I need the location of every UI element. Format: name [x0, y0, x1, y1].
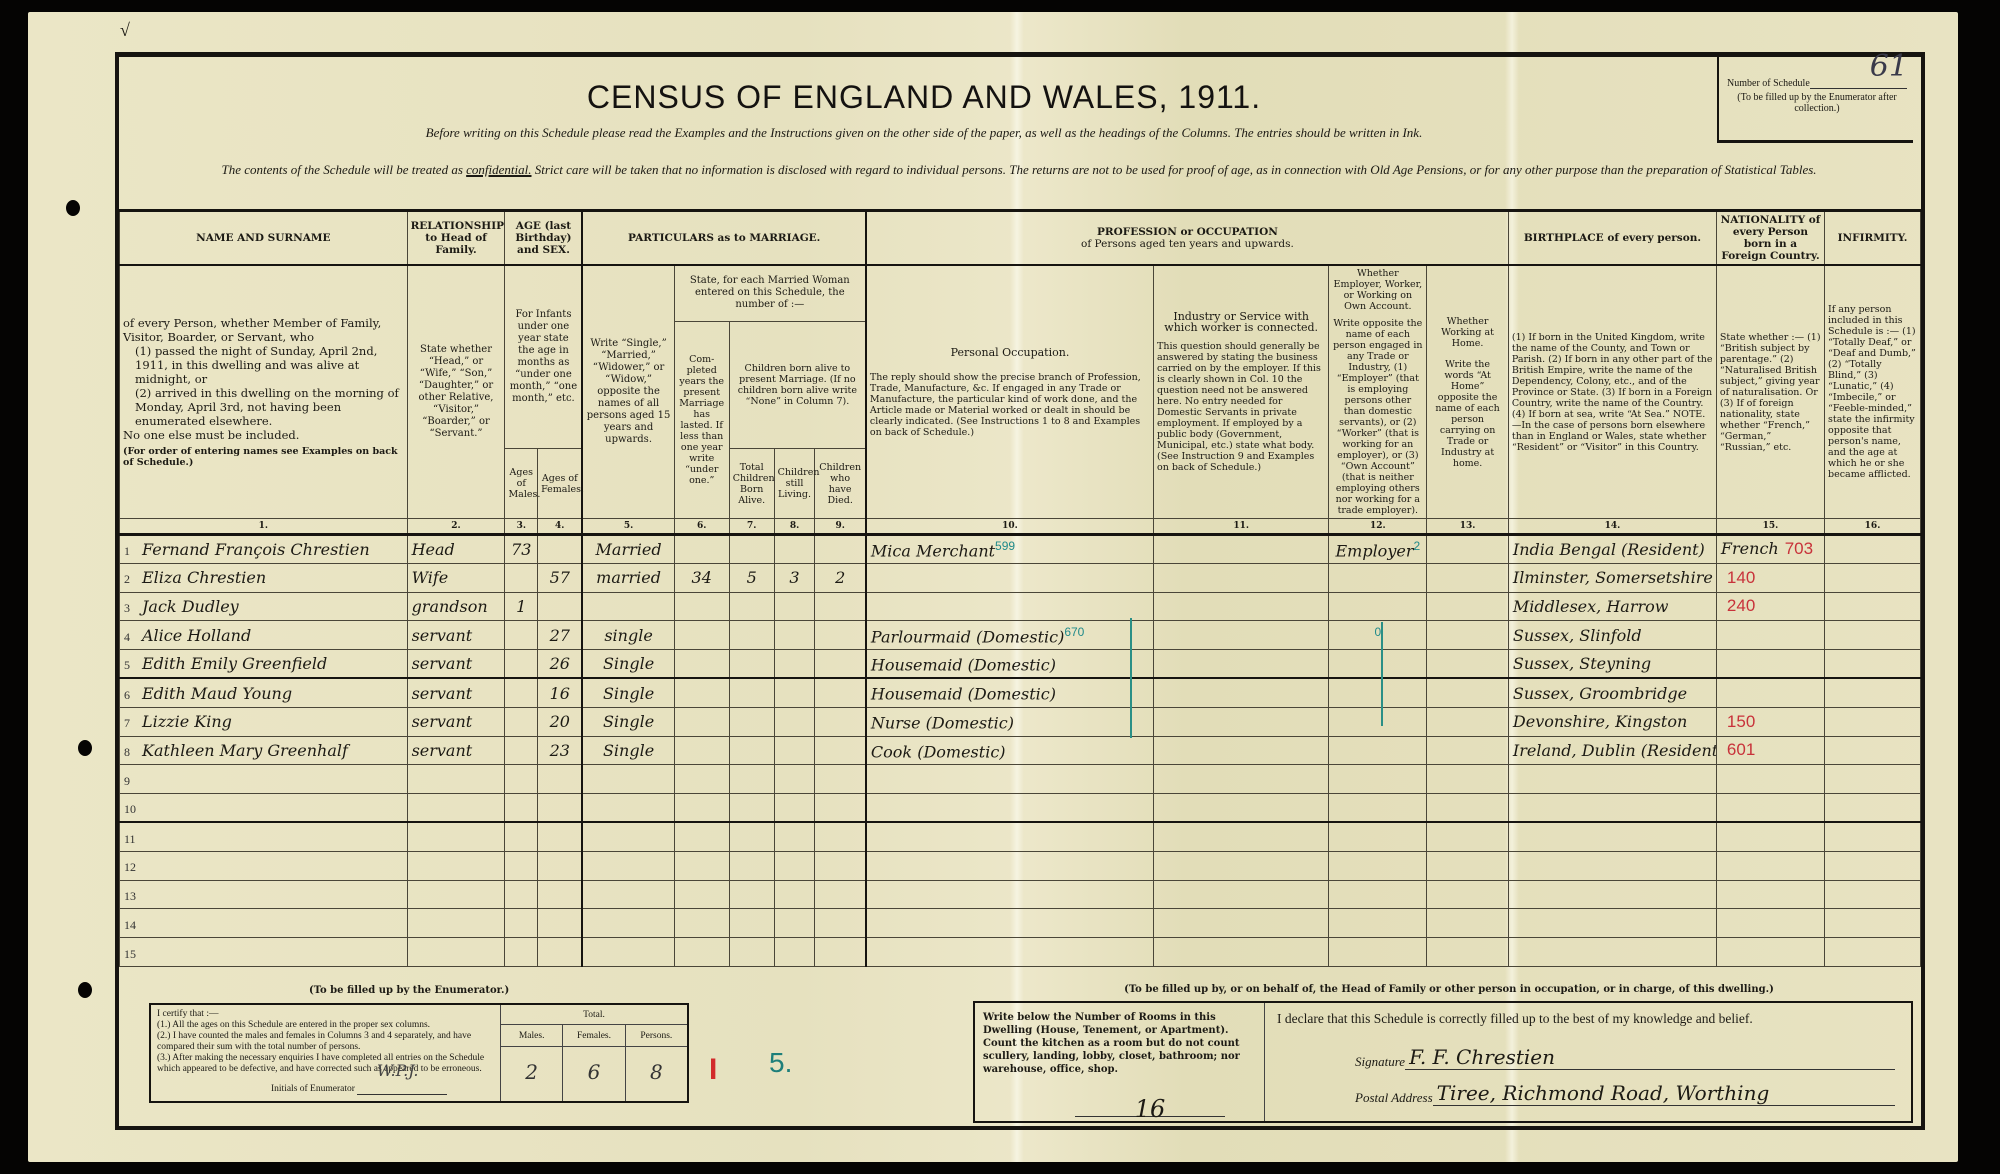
- entry-age-male[interactable]: 1: [505, 592, 538, 621]
- entry-age-female[interactable]: [538, 592, 583, 621]
- entry-occupation[interactable]: [866, 909, 1154, 938]
- entry-occupation[interactable]: Parlourmaid (Domestic)670: [866, 621, 1154, 650]
- postal-address-field[interactable]: Tiree, Richmond Road, Worthing: [1433, 1081, 1895, 1106]
- entry-employer-status[interactable]: [1329, 909, 1427, 938]
- entry-children-living[interactable]: [774, 736, 815, 765]
- entry-infirmity[interactable]: [1825, 880, 1921, 909]
- entry-age-female[interactable]: 23: [538, 736, 583, 765]
- table-row-empty: 11: [120, 822, 1921, 851]
- entry-industry[interactable]: [1153, 938, 1328, 967]
- entry-years-married[interactable]: [674, 880, 729, 909]
- entry-birthplace[interactable]: Middlesex, Harrow: [1508, 592, 1716, 621]
- entry-children-died[interactable]: [815, 592, 866, 621]
- entry-children-died[interactable]: [815, 822, 866, 851]
- entry-nationality[interactable]: [1716, 621, 1824, 650]
- entry-relationship[interactable]: [407, 822, 505, 851]
- entry-age-male[interactable]: [505, 822, 538, 851]
- entry-children-living[interactable]: [774, 650, 815, 679]
- entry-industry[interactable]: [1153, 822, 1328, 851]
- infirmity-description: If any person included in this Schedule …: [1825, 265, 1921, 519]
- entry-birthplace[interactable]: Ilminster, Somersetshire: [1508, 563, 1716, 592]
- entry-name[interactable]: 10: [120, 794, 408, 823]
- entry-occupation[interactable]: [866, 563, 1154, 592]
- entry-nationality[interactable]: [1716, 678, 1824, 707]
- entry-age-female[interactable]: 26: [538, 650, 583, 679]
- header-birthplace: BIRTHPLACE of every person.: [1508, 211, 1716, 266]
- entry-employer-status[interactable]: [1329, 851, 1427, 880]
- entry-nationality[interactable]: [1716, 650, 1824, 679]
- entry-infirmity[interactable]: [1825, 822, 1921, 851]
- entry-infirmity[interactable]: [1825, 621, 1921, 650]
- total-males[interactable]: 2: [501, 1047, 562, 1101]
- entry-employer-status[interactable]: [1329, 678, 1427, 707]
- entry-age-female[interactable]: [538, 794, 583, 823]
- entry-working-at-home[interactable]: [1427, 592, 1509, 621]
- entry-children-born[interactable]: [729, 621, 774, 650]
- entry-children-living[interactable]: [774, 765, 815, 794]
- entry-employer-status[interactable]: [1329, 650, 1427, 679]
- row-number: 3: [124, 601, 142, 616]
- entry-industry[interactable]: [1153, 621, 1328, 650]
- nationality-description: State whether :— (1) “British subject by…: [1716, 265, 1824, 519]
- children-died-header: Children who have Died.: [815, 449, 866, 519]
- entry-relationship[interactable]: [407, 909, 505, 938]
- entry-condition[interactable]: married: [582, 563, 674, 592]
- entry-name[interactable]: 6Edith Maud Young: [120, 678, 408, 707]
- entry-working-at-home[interactable]: [1427, 621, 1509, 650]
- entry-occupation[interactable]: [866, 822, 1154, 851]
- entry-industry[interactable]: [1153, 909, 1328, 938]
- entry-age-female[interactable]: [538, 880, 583, 909]
- entry-children-died[interactable]: [815, 678, 866, 707]
- entry-children-born[interactable]: [729, 851, 774, 880]
- entry-relationship[interactable]: servant: [407, 621, 505, 650]
- header-profession: PROFESSION or OCCUPATIONof Persons aged …: [866, 211, 1508, 266]
- entry-children-living[interactable]: [774, 794, 815, 823]
- entry-employer-status[interactable]: Employer2: [1329, 535, 1427, 564]
- entry-occupation[interactable]: [866, 880, 1154, 909]
- header-age: AGE (last Birthday) and SEX.: [505, 211, 582, 266]
- entry-name[interactable]: 2Eliza Chrestien: [120, 563, 408, 592]
- entry-age-male[interactable]: [505, 851, 538, 880]
- entry-occupation[interactable]: [866, 592, 1154, 621]
- table-row-empty: 13: [120, 880, 1921, 909]
- entry-children-living[interactable]: 3: [774, 563, 815, 592]
- teal-annotation-mark: 5.: [769, 1047, 792, 1079]
- entry-condition[interactable]: [582, 880, 674, 909]
- occupation-description: Personal Occupation.The reply should sho…: [866, 265, 1154, 519]
- entry-birthplace[interactable]: Sussex, Groombridge: [1508, 678, 1716, 707]
- entry-children-living[interactable]: [774, 880, 815, 909]
- entry-working-at-home[interactable]: [1427, 707, 1509, 736]
- entry-condition[interactable]: [582, 938, 674, 967]
- entry-infirmity[interactable]: [1825, 909, 1921, 938]
- entry-years-married[interactable]: [674, 736, 729, 765]
- entry-name[interactable]: 8Kathleen Mary Greenhalf: [120, 736, 408, 765]
- entry-industry[interactable]: [1153, 736, 1328, 765]
- entry-employer-status[interactable]: [1329, 592, 1427, 621]
- entry-working-at-home[interactable]: [1427, 938, 1509, 967]
- entry-children-born[interactable]: [729, 592, 774, 621]
- entry-age-male[interactable]: 73: [505, 535, 538, 564]
- entry-age-male[interactable]: [505, 678, 538, 707]
- entry-children-died[interactable]: [815, 736, 866, 765]
- entry-condition[interactable]: Single: [582, 650, 674, 679]
- condition-description: Write “Single,” “Married,” “Widower,” or…: [582, 265, 674, 519]
- entry-working-at-home[interactable]: [1427, 650, 1509, 679]
- children-description: Children born alive to present Marriage.…: [729, 321, 866, 449]
- entry-infirmity[interactable]: [1825, 794, 1921, 823]
- entry-nationality[interactable]: [1716, 794, 1824, 823]
- schedule-number-label: Number of Schedule: [1727, 78, 1810, 89]
- header-infirmity: INFIRMITY.: [1825, 211, 1921, 266]
- entry-occupation[interactable]: Housemaid (Domestic): [866, 650, 1154, 679]
- entry-nationality[interactable]: [1716, 880, 1824, 909]
- entry-children-died[interactable]: [815, 765, 866, 794]
- employer-description: Whether Employer, Worker, or Working on …: [1329, 265, 1427, 519]
- entry-occupation[interactable]: [866, 938, 1154, 967]
- entry-condition[interactable]: single: [582, 621, 674, 650]
- entry-birthplace[interactable]: [1508, 938, 1716, 967]
- entry-condition[interactable]: [582, 765, 674, 794]
- entry-industry[interactable]: [1153, 678, 1328, 707]
- entry-age-female[interactable]: 57: [538, 563, 583, 592]
- entry-name[interactable]: 14: [120, 909, 408, 938]
- entry-children-born[interactable]: 5: [729, 563, 774, 592]
- entry-birthplace[interactable]: [1508, 765, 1716, 794]
- entry-age-female[interactable]: [538, 765, 583, 794]
- entry-infirmity[interactable]: [1825, 707, 1921, 736]
- entry-children-born[interactable]: [729, 765, 774, 794]
- entry-nationality[interactable]: French703: [1716, 535, 1824, 564]
- entry-industry[interactable]: [1153, 563, 1328, 592]
- entry-birthplace[interactable]: Ireland, Dublin (Resident): [1508, 736, 1716, 765]
- years-married-description: Com-pleted years the present Marriage ha…: [674, 321, 729, 519]
- table-row: 3Jack Dudleygrandson1Middlesex, Harrow24…: [120, 592, 1921, 621]
- entry-industry[interactable]: [1153, 535, 1328, 564]
- entry-years-married[interactable]: [674, 938, 729, 967]
- entry-children-died[interactable]: [815, 621, 866, 650]
- entry-children-born[interactable]: [729, 678, 774, 707]
- header-marriage: PARTICULARS as to MARRIAGE.: [582, 211, 865, 266]
- table-row: 4Alice Hollandservant27singleParlourmaid…: [120, 621, 1921, 650]
- entry-age-female[interactable]: [538, 851, 583, 880]
- schedule-number-box: Number of Schedule 61 (To be filled up b…: [1717, 55, 1913, 143]
- entry-age-male[interactable]: [505, 650, 538, 679]
- entry-birthplace[interactable]: [1508, 794, 1716, 823]
- entry-occupation[interactable]: [866, 851, 1154, 880]
- name-description: of every Person, whether Member of Famil…: [120, 265, 408, 519]
- entry-children-born[interactable]: [729, 909, 774, 938]
- table-row: 7Lizzie Kingservant20SingleNurse (Domest…: [120, 707, 1921, 736]
- entry-condition[interactable]: [582, 822, 674, 851]
- entry-children-died[interactable]: [815, 707, 866, 736]
- entry-years-married[interactable]: [674, 765, 729, 794]
- entry-employer-status[interactable]: [1329, 794, 1427, 823]
- entry-industry[interactable]: [1153, 765, 1328, 794]
- age-description: For Infants under one year state the age…: [505, 265, 582, 449]
- entry-children-born[interactable]: [729, 880, 774, 909]
- red-annotation-mark: I: [709, 1053, 717, 1087]
- entry-birthplace[interactable]: Devonshire, Kingston: [1508, 707, 1716, 736]
- entry-relationship[interactable]: [407, 880, 505, 909]
- entry-name[interactable]: 15: [120, 938, 408, 967]
- entry-relationship[interactable]: Head: [407, 535, 505, 564]
- entry-infirmity[interactable]: [1825, 535, 1921, 564]
- entry-years-married[interactable]: [674, 822, 729, 851]
- entry-employer-status[interactable]: [1329, 765, 1427, 794]
- entry-age-female[interactable]: [538, 535, 583, 564]
- entry-occupation[interactable]: Nurse (Domestic): [866, 707, 1154, 736]
- entry-children-died[interactable]: [815, 880, 866, 909]
- header-nationality: NATIONALITY of every Person born in a Fo…: [1716, 211, 1824, 266]
- entry-infirmity[interactable]: [1825, 765, 1921, 794]
- entry-nationality[interactable]: 140: [1716, 563, 1824, 592]
- entry-years-married[interactable]: [674, 851, 729, 880]
- entry-occupation[interactable]: Cook (Domestic): [866, 736, 1154, 765]
- header-name: NAME AND SURNAME: [120, 211, 408, 266]
- entry-name[interactable]: 3Jack Dudley: [120, 592, 408, 621]
- entry-relationship[interactable]: servant: [407, 707, 505, 736]
- entry-occupation[interactable]: Housemaid (Domestic): [866, 678, 1154, 707]
- entry-name[interactable]: 9: [120, 765, 408, 794]
- entry-condition[interactable]: Single: [582, 678, 674, 707]
- entry-employer-status[interactable]: [1329, 938, 1427, 967]
- entry-relationship[interactable]: grandson: [407, 592, 505, 621]
- entry-age-male[interactable]: [505, 909, 538, 938]
- head-of-family-label: (To be filled up by, or on behalf of, th…: [979, 984, 1919, 995]
- entry-years-married[interactable]: 34: [674, 563, 729, 592]
- total-females[interactable]: 6: [563, 1047, 624, 1101]
- schedule-number-value[interactable]: 61: [1870, 49, 1908, 84]
- entry-nationality[interactable]: [1716, 851, 1824, 880]
- entry-occupation[interactable]: [866, 794, 1154, 823]
- entry-industry[interactable]: [1153, 707, 1328, 736]
- entry-infirmity[interactable]: [1825, 938, 1921, 967]
- entry-years-married[interactable]: [674, 909, 729, 938]
- entry-birthplace[interactable]: Sussex, Slinfold: [1508, 621, 1716, 650]
- entry-infirmity[interactable]: [1825, 851, 1921, 880]
- entry-children-born[interactable]: [729, 822, 774, 851]
- entry-employer-status[interactable]: [1329, 736, 1427, 765]
- entry-children-living[interactable]: [774, 909, 815, 938]
- entry-nationality[interactable]: 150: [1716, 707, 1824, 736]
- row-number: 4: [124, 630, 142, 645]
- entry-condition[interactable]: [582, 794, 674, 823]
- enumerator-initials[interactable]: W.P.J.: [377, 1065, 419, 1076]
- entry-occupation[interactable]: [866, 765, 1154, 794]
- entry-infirmity[interactable]: [1825, 592, 1921, 621]
- entry-name[interactable]: 1Fernand François Chrestien: [120, 535, 408, 564]
- employer-code: 2: [1413, 539, 1420, 553]
- entry-birthplace[interactable]: [1508, 851, 1716, 880]
- teal-ditto-line: [1381, 622, 1383, 726]
- entry-relationship[interactable]: [407, 765, 505, 794]
- row-number: 8: [124, 745, 142, 760]
- entry-children-born[interactable]: [729, 938, 774, 967]
- entry-children-born[interactable]: [729, 535, 774, 564]
- entry-infirmity[interactable]: [1825, 650, 1921, 679]
- table-row-empty: 14: [120, 909, 1921, 938]
- entry-children-living[interactable]: [774, 707, 815, 736]
- entry-working-at-home[interactable]: [1427, 563, 1509, 592]
- entry-nationality[interactable]: 240: [1716, 592, 1824, 621]
- entry-children-died[interactable]: [815, 851, 866, 880]
- entry-nationality[interactable]: [1716, 765, 1824, 794]
- entry-condition[interactable]: Single: [582, 707, 674, 736]
- entry-nationality[interactable]: [1716, 938, 1824, 967]
- entry-birthplace[interactable]: [1508, 909, 1716, 938]
- entry-birthplace[interactable]: [1508, 822, 1716, 851]
- entry-years-married[interactable]: [674, 678, 729, 707]
- entry-working-at-home[interactable]: [1427, 535, 1509, 564]
- entry-children-died[interactable]: [815, 794, 866, 823]
- entry-age-male[interactable]: [505, 736, 538, 765]
- birthplace-code: 703: [1785, 539, 1813, 558]
- entry-children-born[interactable]: [729, 736, 774, 765]
- entry-children-died[interactable]: 2: [815, 563, 866, 592]
- entry-years-married[interactable]: [674, 650, 729, 679]
- occupation-code: 670: [1064, 625, 1084, 639]
- entry-years-married[interactable]: [674, 707, 729, 736]
- entry-children-died[interactable]: [815, 650, 866, 679]
- entry-children-born[interactable]: [729, 794, 774, 823]
- table-row: 8Kathleen Mary Greenhalfservant23SingleC…: [120, 736, 1921, 765]
- entry-relationship[interactable]: servant: [407, 736, 505, 765]
- entry-name[interactable]: 7Lizzie King: [120, 707, 408, 736]
- row-number: 2: [124, 572, 142, 587]
- entry-name[interactable]: 11: [120, 822, 408, 851]
- entry-children-born[interactable]: [729, 707, 774, 736]
- entry-age-male[interactable]: [505, 707, 538, 736]
- entry-industry[interactable]: [1153, 794, 1328, 823]
- entry-infirmity[interactable]: [1825, 736, 1921, 765]
- entry-children-living[interactable]: [774, 535, 815, 564]
- entry-working-at-home[interactable]: [1427, 822, 1509, 851]
- entry-children-living[interactable]: [774, 621, 815, 650]
- confidential-word: confidential.: [466, 162, 531, 177]
- entry-nationality[interactable]: [1716, 909, 1824, 938]
- entry-years-married[interactable]: [674, 535, 729, 564]
- entry-age-male[interactable]: [505, 563, 538, 592]
- entry-age-female[interactable]: 20: [538, 707, 583, 736]
- entry-employer-status[interactable]: [1329, 880, 1427, 909]
- entry-infirmity[interactable]: [1825, 563, 1921, 592]
- entry-condition[interactable]: [582, 909, 674, 938]
- birthplace-code: 150: [1727, 712, 1755, 731]
- census-entries: 1Fernand François ChrestienHead73Married…: [120, 535, 1921, 967]
- entry-relationship[interactable]: servant: [407, 650, 505, 679]
- row-number: 1: [124, 544, 142, 559]
- entry-years-married[interactable]: [674, 592, 729, 621]
- confidentiality-notice: The contents of the Schedule will be tre…: [119, 160, 1919, 180]
- rooms-count[interactable]: 16: [1075, 1103, 1225, 1117]
- entry-children-living[interactable]: [774, 851, 815, 880]
- entry-working-at-home[interactable]: [1427, 736, 1509, 765]
- entry-condition[interactable]: Single: [582, 736, 674, 765]
- entry-relationship[interactable]: servant: [407, 678, 505, 707]
- entry-industry[interactable]: [1153, 851, 1328, 880]
- row-number: 6: [124, 688, 142, 703]
- entry-age-female[interactable]: [538, 938, 583, 967]
- entry-age-male[interactable]: [505, 938, 538, 967]
- punch-hole: [78, 740, 92, 756]
- row-number: 13: [124, 889, 136, 903]
- entry-children-living[interactable]: [774, 938, 815, 967]
- entry-age-male[interactable]: [505, 794, 538, 823]
- entry-children-living[interactable]: [774, 822, 815, 851]
- entry-industry[interactable]: [1153, 880, 1328, 909]
- entry-nationality[interactable]: [1716, 822, 1824, 851]
- entry-name[interactable]: 5Edith Emily Greenfield: [120, 650, 408, 679]
- entry-employer-status[interactable]: [1329, 563, 1427, 592]
- teal-ditto-line: [1130, 618, 1132, 738]
- entry-children-died[interactable]: [815, 909, 866, 938]
- entry-working-at-home[interactable]: [1427, 678, 1509, 707]
- entry-birthplace[interactable]: Sussex, Steyning: [1508, 650, 1716, 679]
- entry-age-female[interactable]: 27: [538, 621, 583, 650]
- entry-relationship[interactable]: [407, 938, 505, 967]
- entry-age-female[interactable]: [538, 822, 583, 851]
- schedule-number-note: (To be filled up by the Enumerator after…: [1727, 92, 1907, 114]
- entry-employer-status[interactable]: [1329, 822, 1427, 851]
- entry-working-at-home[interactable]: [1427, 794, 1509, 823]
- entry-birthplace[interactable]: India Bengal (Resident): [1508, 535, 1716, 564]
- entry-age-male[interactable]: [505, 765, 538, 794]
- entry-children-living[interactable]: [774, 592, 815, 621]
- entry-age-female[interactable]: 16: [538, 678, 583, 707]
- entry-working-at-home[interactable]: [1427, 765, 1509, 794]
- entry-employer-status[interactable]: [1329, 707, 1427, 736]
- entry-industry[interactable]: [1153, 650, 1328, 679]
- entry-relationship[interactable]: [407, 794, 505, 823]
- row-number: 10: [124, 802, 136, 816]
- totals-table: Total. Males.2 Females.6 Persons.8: [501, 1005, 687, 1101]
- entry-working-at-home[interactable]: [1427, 909, 1509, 938]
- entry-relationship[interactable]: Wife: [407, 563, 505, 592]
- entry-nationality[interactable]: 601: [1716, 736, 1824, 765]
- entry-children-living[interactable]: [774, 678, 815, 707]
- entry-name[interactable]: 12: [120, 851, 408, 880]
- table-row: 2Eliza ChrestienWife57married34532Ilmins…: [120, 563, 1921, 592]
- entry-name[interactable]: 4Alice Holland: [120, 621, 408, 650]
- birthplace-code: 601: [1727, 740, 1755, 759]
- signature-field[interactable]: F. F. Chrestien: [1405, 1045, 1895, 1070]
- entry-condition[interactable]: Married: [582, 535, 674, 564]
- entry-name[interactable]: 13: [120, 880, 408, 909]
- entry-years-married[interactable]: [674, 794, 729, 823]
- entry-occupation[interactable]: Mica Merchant599: [866, 535, 1154, 564]
- total-persons[interactable]: 8: [626, 1047, 687, 1101]
- entry-birthplace[interactable]: [1508, 880, 1716, 909]
- entry-relationship[interactable]: [407, 851, 505, 880]
- entry-condition[interactable]: [582, 851, 674, 880]
- entry-children-died[interactable]: [815, 535, 866, 564]
- entry-age-male[interactable]: [505, 880, 538, 909]
- entry-years-married[interactable]: [674, 621, 729, 650]
- entry-working-at-home[interactable]: [1427, 851, 1509, 880]
- entry-infirmity[interactable]: [1825, 678, 1921, 707]
- entry-industry[interactable]: [1153, 592, 1328, 621]
- entry-working-at-home[interactable]: [1427, 880, 1509, 909]
- entry-condition[interactable]: [582, 592, 674, 621]
- row-number: 9: [124, 774, 130, 788]
- entry-age-female[interactable]: [538, 909, 583, 938]
- entry-age-male[interactable]: [505, 621, 538, 650]
- entry-children-born[interactable]: [729, 650, 774, 679]
- entry-employer-status[interactable]: 0: [1329, 621, 1427, 650]
- entry-children-died[interactable]: [815, 938, 866, 967]
